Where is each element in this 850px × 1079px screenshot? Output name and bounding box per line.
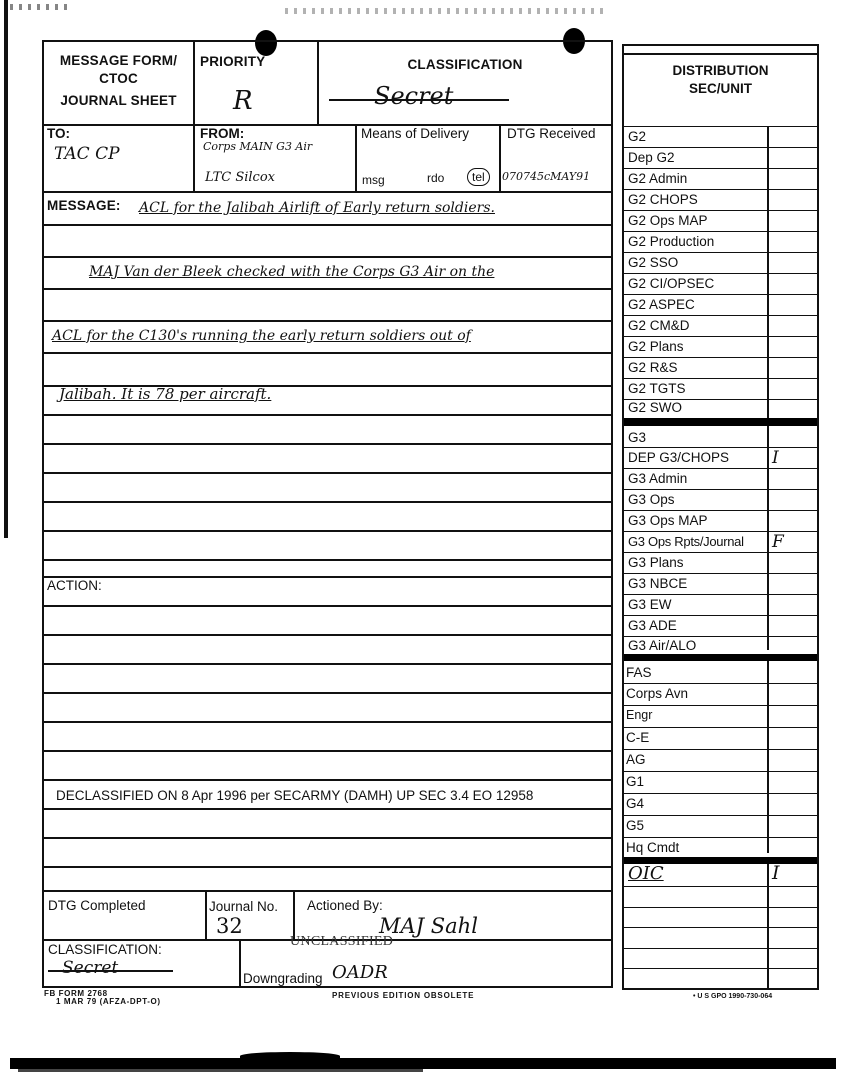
unclassified-stamp: UNCLASSIFIED [290, 934, 393, 950]
dist-label: G3 EW [628, 597, 672, 612]
dist-row-g3-ew[interactable]: G3 EW [624, 594, 817, 615]
dist-row-blank[interactable] [624, 948, 817, 969]
message-line-5[interactable]: ACL for the C130's running the early ret… [52, 328, 471, 344]
from-value-unit[interactable]: Corps MAIN G3 Air [203, 140, 312, 153]
form-rule [44, 808, 611, 810]
form-title-line3: JOURNAL SHEET [44, 93, 193, 108]
dist-row-g2-ops-map[interactable]: G2 Ops MAP [624, 210, 817, 231]
dist-label: G3 Air/ALO [628, 638, 696, 653]
downgrading-value[interactable]: OADR [332, 962, 388, 983]
actioned-by-value[interactable]: MAJ Sahl [379, 914, 478, 938]
to-label: TO: [47, 126, 70, 141]
dist-label: G2 SSO [628, 255, 678, 270]
form-rule [44, 605, 611, 607]
dist-row-oic[interactable]: OICI [624, 864, 817, 886]
dist-row-g4[interactable]: G4 [624, 793, 817, 814]
dist-label: Corps Avn [626, 686, 688, 701]
dist-label: G2 CM&D [628, 318, 690, 333]
dist-label: G3 NBCE [628, 576, 687, 591]
dist-row-g2-admin[interactable]: G2 Admin [624, 168, 817, 189]
classification-footer-label: CLASSIFICATION: [48, 942, 162, 957]
divider [205, 892, 207, 940]
dist-row-ag[interactable]: AG [624, 749, 817, 770]
distribution-title: DISTRIBUTION SEC/UNIT [624, 62, 817, 98]
form-rule [44, 779, 611, 781]
footer-fields: DTG Completed Journal No. 32 Actioned By… [44, 892, 611, 986]
dist-label: G5 [626, 818, 644, 833]
form-rule [44, 750, 611, 752]
distribution-title-line1: DISTRIBUTION [624, 62, 817, 80]
form-rule [44, 256, 611, 258]
dist-row-g5[interactable]: G5 [624, 815, 817, 836]
dist-label: Dep G2 [628, 150, 675, 165]
declassification-text: DECLASSIFIED ON 8 Apr 1996 per SECARMY (… [56, 788, 533, 803]
form-rule [44, 634, 611, 636]
dist-row-dep-g3-chops[interactable]: DEP G3/CHOPSI [624, 447, 817, 468]
group-separator [624, 654, 817, 661]
dist-label: G2 Admin [628, 171, 687, 186]
dist-row-g2-aspec[interactable]: G2 ASPEC [624, 294, 817, 315]
dist-label[interactable]: OIC [628, 863, 664, 884]
distribution-title-line2: SEC/UNIT [624, 80, 817, 98]
form-rule [44, 559, 611, 561]
dist-row-g2-swo[interactable]: G2 SWO [624, 399, 817, 418]
dist-row-g3-nbce[interactable]: G3 NBCE [624, 573, 817, 594]
dist-row-g2-rs[interactable]: G2 R&S [624, 357, 817, 378]
dist-label: C-E [626, 730, 649, 745]
scan-edge-artifact [18, 1069, 423, 1072]
dist-label: G2 SWO [628, 400, 682, 415]
dist-label: Hq Cmdt [626, 840, 679, 855]
dist-row-g2[interactable]: G2 [624, 126, 817, 147]
dist-row-fas[interactable]: FAS [624, 661, 817, 682]
form-rule [44, 352, 611, 354]
actioned-by-label: Actioned By: [307, 898, 383, 913]
dist-row-g3-ade[interactable]: G3 ADE [624, 615, 817, 636]
edition-note: PREVIOUS EDITION OBSOLETE [332, 991, 474, 1000]
classification-label: CLASSIFICATION [319, 57, 611, 72]
from-label: FROM: [200, 126, 244, 141]
form-rule [44, 443, 611, 445]
dist-row-blank[interactable] [624, 927, 817, 948]
dist-row-dep-g2[interactable]: Dep G2 [624, 147, 817, 168]
dist-row-g3-plans[interactable]: G3 Plans [624, 552, 817, 573]
dist-row-g1[interactable]: G1 [624, 771, 817, 792]
dist-label: G3 Admin [628, 471, 687, 486]
dist-row-g3-air-alo[interactable]: G3 Air/ALO [624, 636, 817, 654]
form-rule [44, 501, 611, 503]
dist-label: G3 Plans [628, 555, 684, 570]
priority-label: PRIORITY [200, 54, 265, 69]
scan-edge-artifact [4, 0, 8, 538]
strikethrough-line [329, 99, 509, 101]
dist-row-engr[interactable]: Engr [624, 705, 817, 726]
form-rule [44, 866, 611, 868]
dist-label: G2 Production [628, 234, 714, 249]
delivery-option-msg[interactable]: msg [362, 173, 385, 187]
dist-label: G2 [628, 129, 646, 144]
dist-label: FAS [626, 665, 652, 680]
dist-row-g3-ops[interactable]: G3 Ops [624, 489, 817, 510]
dist-label: G2 TGTS [628, 381, 686, 396]
journal-sheet-form: MESSAGE FORM/ CTOC JOURNAL SHEET PRIORIT… [42, 40, 613, 988]
dist-row-g2-chops[interactable]: G2 CHOPS [624, 189, 817, 210]
dist-row-g3-ops-map[interactable]: G3 Ops MAP [624, 510, 817, 531]
divider [239, 940, 241, 986]
form-rule [44, 385, 611, 387]
classification-value[interactable]: Secret [374, 82, 453, 110]
group-separator [624, 418, 817, 426]
scan-noise [10, 4, 70, 10]
dist-label: DEP G3/CHOPS [628, 450, 729, 465]
routing-row: TO: TAC CP FROM: Corps MAIN G3 Air LTC S… [44, 126, 611, 193]
journal-no-value[interactable]: 32 [216, 914, 243, 938]
classification-cell: CLASSIFICATION Secret [319, 42, 611, 124]
form-rule [44, 837, 611, 839]
dtg-received-value[interactable]: 070745cMAY91 [502, 170, 590, 183]
dist-label: G3 Ops [628, 492, 675, 507]
form-number-line2: 1 MAR 79 (AFZA-DPT-O) [44, 998, 161, 1006]
form-number: FB FORM 2768 1 MAR 79 (AFZA-DPT-O) [44, 990, 161, 1006]
strikethrough-line [48, 970, 173, 972]
to-cell: TO: TAC CP [44, 126, 195, 191]
divider [293, 892, 295, 940]
scan-noise [285, 8, 605, 14]
dist-label: G1 [626, 774, 644, 789]
printer-note: • U S GPO 1990-730-064 [693, 993, 772, 1000]
dist-label: G3 ADE [628, 618, 677, 633]
panel-top-rule [624, 53, 817, 55]
priority-value[interactable]: R [233, 86, 253, 116]
message-line-3[interactable]: MAJ Van der Bleek checked with the Corps… [89, 264, 494, 280]
dist-label: G3 [628, 430, 646, 445]
delivery-label: Means of Delivery [361, 126, 469, 141]
dist-label: G2 R&S [628, 360, 678, 375]
downgrading-label: Downgrading [243, 971, 323, 986]
form-rule [44, 472, 611, 474]
delivery-cell: Means of Delivery msg rdo tel [357, 126, 501, 191]
message-line-7[interactable]: Jalibah. It is 78 per aircraft. [59, 385, 271, 403]
dtg-received-cell: DTG Received 070745cMAY91 [501, 126, 611, 191]
dist-row-blank[interactable] [624, 907, 817, 928]
dist-row-blank[interactable] [624, 886, 817, 907]
form-header: MESSAGE FORM/ CTOC JOURNAL SHEET PRIORIT… [44, 42, 611, 126]
dist-label: AG [626, 752, 646, 767]
delivery-option-rdo[interactable]: rdo [427, 171, 444, 185]
from-value-officer[interactable]: LTC Silcox [205, 170, 275, 185]
form-rule [44, 576, 611, 578]
form-rule [44, 320, 611, 322]
dist-label: G3 Ops Rpts/Journal [628, 534, 744, 549]
dtg-received-label: DTG Received [507, 126, 596, 141]
dist-label: G2 CI/OPSEC [628, 276, 714, 291]
from-cell: FROM: Corps MAIN G3 Air LTC Silcox [195, 126, 357, 191]
dist-row-g3-admin[interactable]: G3 Admin [624, 468, 817, 489]
dtg-completed-label: DTG Completed [48, 898, 146, 913]
form-rule [44, 414, 611, 416]
form-rule [44, 224, 611, 226]
form-title-cell: MESSAGE FORM/ CTOC JOURNAL SHEET [44, 42, 195, 124]
action-label: ACTION: [47, 578, 102, 593]
dist-label: G2 ASPEC [628, 297, 695, 312]
form-rule [44, 721, 611, 723]
message-line-1[interactable]: ACL for the Jalibah Airlift of Early ret… [139, 200, 495, 216]
dist-row-g3[interactable]: G3 [624, 426, 817, 447]
form-rule [44, 530, 611, 532]
dist-row-g2-production[interactable]: G2 Production [624, 231, 817, 252]
dist-row-g2-tgts[interactable]: G2 TGTS [624, 378, 817, 399]
message-label: MESSAGE: [47, 198, 121, 213]
dist-row-g2-plans[interactable]: G2 Plans [624, 336, 817, 357]
dist-mark[interactable]: I [772, 448, 779, 468]
dist-label: Engr [626, 708, 652, 722]
dist-row-g2-sso[interactable]: G2 SSO [624, 252, 817, 273]
dist-label: G2 CHOPS [628, 192, 698, 207]
dist-label: G3 Ops MAP [628, 513, 708, 528]
dist-row-g2-cmd[interactable]: G2 CM&D [624, 315, 817, 336]
dist-row-hq-cmdt[interactable]: Hq Cmdt [624, 837, 817, 857]
distribution-panel: DISTRIBUTION SEC/UNIT G2 Dep G2 G2 Admin… [622, 44, 819, 990]
delivery-option-tel[interactable]: tel [467, 168, 490, 186]
dist-label: G2 Ops MAP [628, 213, 708, 228]
dist-row-blank[interactable] [624, 968, 817, 989]
form-rule [44, 663, 611, 665]
form-rule [44, 288, 611, 290]
form-rule [44, 692, 611, 694]
dist-row-g2-ci-opsec[interactable]: G2 CI/OPSEC [624, 273, 817, 294]
dist-row-g3-ops-rpts-journal[interactable]: G3 Ops Rpts/JournalF [624, 531, 817, 552]
dist-row-corps-avn[interactable]: Corps Avn [624, 683, 817, 704]
dist-mark[interactable]: F [772, 532, 784, 552]
dist-label: G4 [626, 796, 644, 811]
dist-row-c-e[interactable]: C-E [624, 727, 817, 748]
dist-label: G2 Plans [628, 339, 684, 354]
classification-footer-value[interactable]: Secret [62, 958, 118, 978]
scan-edge-artifact [10, 1058, 836, 1069]
dist-mark[interactable]: I [772, 862, 780, 884]
form-title-line2: CTOC [44, 71, 193, 86]
priority-cell: PRIORITY R [195, 42, 319, 124]
journal-no-label: Journal No. [209, 899, 278, 914]
to-value[interactable]: TAC CP [54, 144, 120, 164]
form-title-line1: MESSAGE FORM/ [44, 53, 193, 68]
